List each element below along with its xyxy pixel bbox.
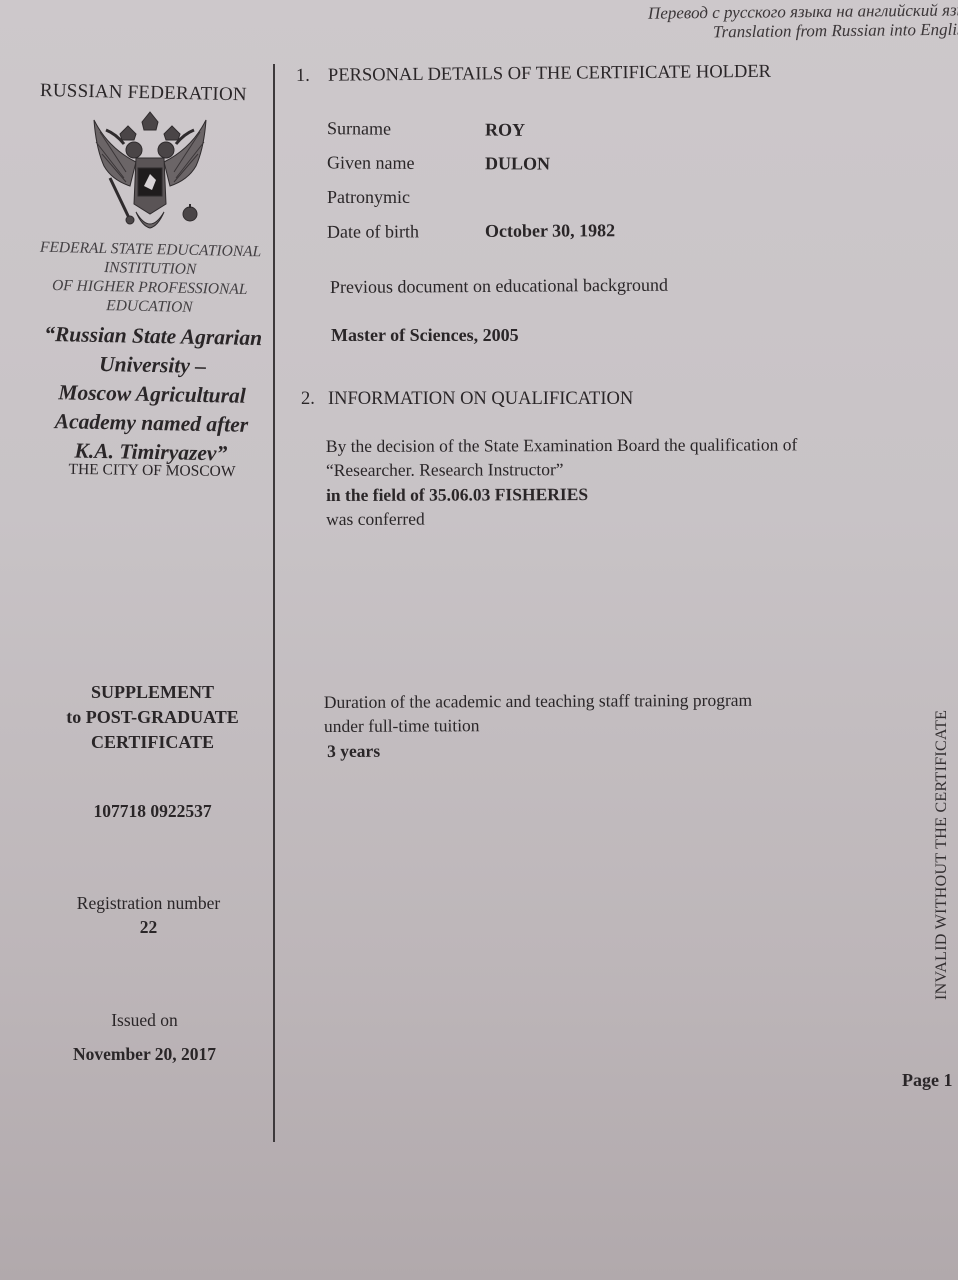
- translation-header-english: Translation from Russian into English: [713, 20, 958, 43]
- institution-type: FEDERAL STATE EDUCATIONAL INSTITUTION OF…: [27, 237, 273, 318]
- section-2-number: 2.: [301, 389, 328, 410]
- field-value: October 30, 1982: [485, 220, 615, 241]
- document-title-line: SUPPLEMENT: [40, 680, 265, 705]
- city-name: THE CITY OF MOSCOW: [30, 460, 274, 481]
- registration-number-label: Registration number: [36, 893, 261, 914]
- previous-document-label: Previous document on educational backgro…: [330, 275, 668, 298]
- duration-label-line-2: under full-time tuition: [324, 712, 752, 738]
- field-label: Patronymic: [327, 187, 485, 208]
- qualification-field: in the field of 35.06.03 FISHERIES: [326, 481, 797, 507]
- russian-coat-of-arms-icon: [86, 108, 214, 238]
- decision-line: By the decision of the State Examination…: [326, 432, 797, 458]
- university-name: “Russian State Agrarian University – Mos…: [29, 320, 276, 470]
- qualification-name: “Researcher. Research Instructor”: [326, 456, 797, 482]
- field-value: ROY: [485, 120, 525, 140]
- university-name-line: University –: [30, 349, 275, 383]
- issued-on-label: Issued on: [32, 1010, 257, 1031]
- invalid-without-certificate-note: INVALID WITHOUT THE CERTIFICATE: [933, 710, 951, 1000]
- field-value: DULON: [485, 153, 550, 173]
- document-title: SUPPLEMENT to POST-GRADUATE CERTIFICATE: [40, 680, 265, 755]
- field-surname: SurnameROY: [327, 118, 525, 141]
- program-duration: Duration of the academic and teaching st…: [324, 688, 753, 763]
- field-patronymic: Patronymic: [327, 187, 485, 208]
- university-name-line: Moscow Agricultural: [30, 378, 275, 412]
- country-name: RUSSIAN FEDERATION: [40, 80, 247, 106]
- section-2-heading: 2.INFORMATION ON QUALIFICATION: [301, 389, 633, 410]
- field-label: Given name: [327, 152, 485, 174]
- section-1-title: PERSONAL DETAILS OF THE CERTIFICATE HOLD…: [328, 62, 771, 86]
- document-title-line: CERTIFICATE: [40, 730, 265, 755]
- issued-on-date: November 20, 2017: [32, 1044, 257, 1065]
- page-number: Page 1: [902, 1070, 952, 1091]
- section-1-heading: 1.PERSONAL DETAILS OF THE CERTIFICATE HO…: [296, 62, 771, 87]
- university-name-line: Academy named after: [29, 407, 274, 441]
- field-label: Date of birth: [327, 221, 485, 243]
- field-date-of-birth: Date of birthOctober 30, 1982: [327, 220, 615, 243]
- previous-document-value: Master of Sciences, 2005: [331, 325, 519, 346]
- duration-value: 3 years: [327, 737, 752, 763]
- document-title-line: to POST-GRADUATE: [40, 705, 265, 730]
- certificate-number: 107718 0922537: [40, 801, 265, 822]
- conferred-line: was conferred: [326, 505, 797, 531]
- registration-number-value: 22: [36, 917, 261, 938]
- duration-label-line-1: Duration of the academic and teaching st…: [324, 688, 752, 714]
- section-2-title: INFORMATION ON QUALIFICATION: [328, 389, 633, 409]
- qualification-statement: By the decision of the State Examination…: [326, 432, 798, 531]
- university-name-line: “Russian State Agrarian: [31, 320, 276, 354]
- field-label: Surname: [327, 118, 485, 140]
- column-divider: [273, 64, 275, 1142]
- field-given-name: Given nameDULON: [327, 152, 550, 174]
- section-1-number: 1.: [296, 66, 328, 87]
